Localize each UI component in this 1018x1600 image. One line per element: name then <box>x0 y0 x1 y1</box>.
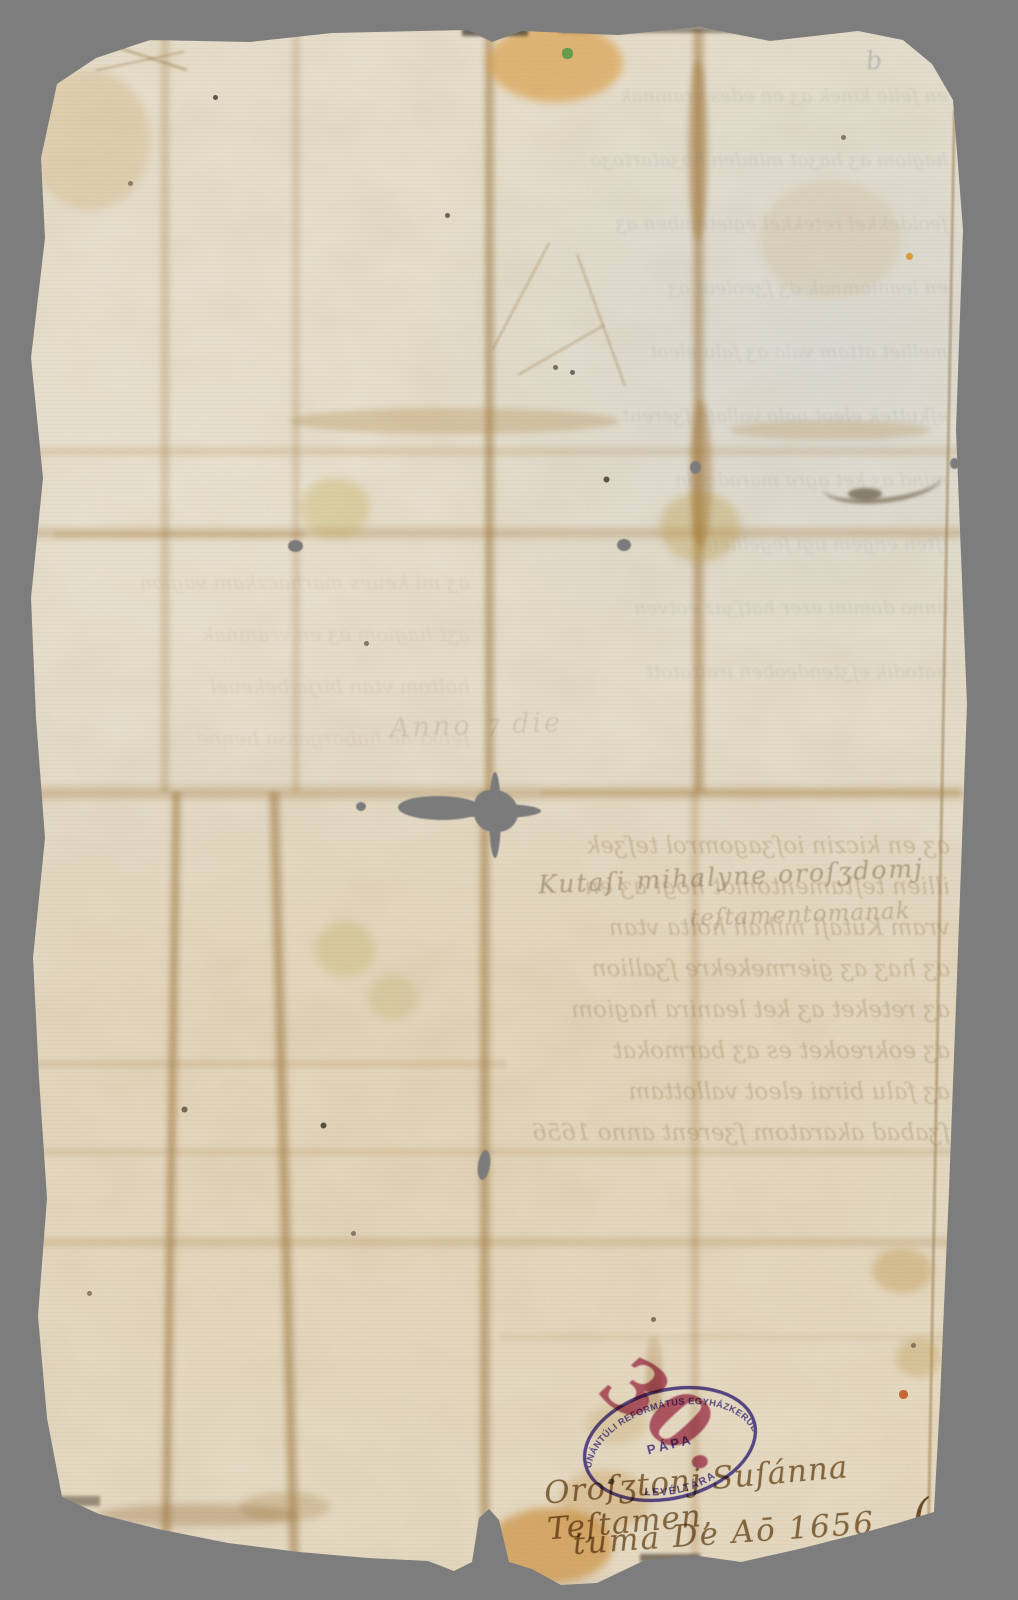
scan-background: en ſelie kinek aʒ en edes vramnak hagiom… <box>0 0 1018 1600</box>
paper-specks <box>0 0 3 3</box>
inscription-line-2-paren-mark: (9. <box>911 1486 980 1541</box>
edge-shadow-nick <box>95 34 165 39</box>
pencil-corner-mark: b <box>865 45 884 76</box>
paper-edge-shading <box>0 0 1018 1600</box>
document-paper: en ſelie kinek aʒ en edes vramnak hagiom… <box>0 0 1018 1600</box>
